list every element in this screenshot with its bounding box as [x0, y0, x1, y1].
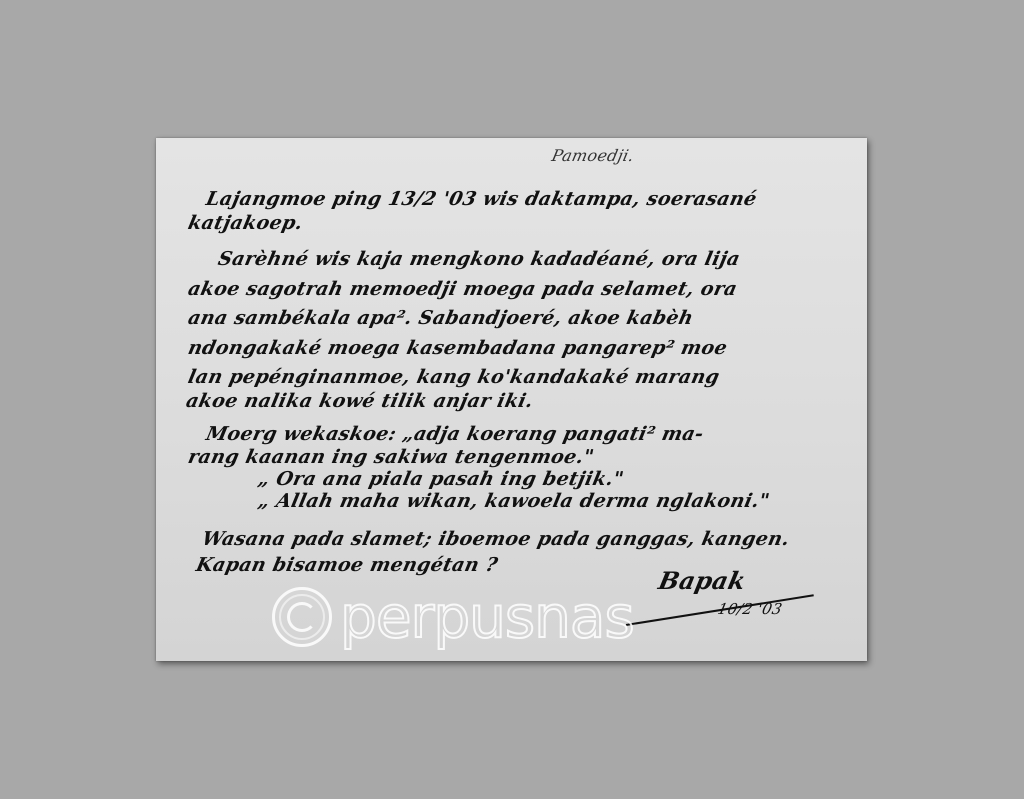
- letter-line: katjakoep.: [186, 212, 305, 234]
- letter-line: Lajangmoe ping 13/2 '03 wis daktampa, so…: [204, 188, 759, 210]
- letter-line: akoe sagotrah memoedji moega pada selame…: [186, 278, 739, 300]
- letter-line: „ Ora ana piala pasah ing betjik.": [256, 468, 626, 490]
- letter-line: akoe nalika kowé tilik anjar iki.: [184, 390, 535, 412]
- letter-line: ndongakaké moega kasembadana pangarep² m…: [186, 337, 729, 359]
- letter-line: Sarèhné wis kaja mengkono kadadéané, ora…: [216, 248, 742, 270]
- letter-line: Kapan bisamoe mengétan ?: [194, 554, 500, 576]
- letter-line: „ Allah maha wikan, kawoela derma nglako…: [256, 490, 772, 512]
- letter-line: Moerg wekaskoe: „adja koerang pangati² m…: [204, 423, 706, 445]
- signature: Bapak: [656, 566, 748, 595]
- letter-line: rang kaanan ing sakiwa tengenmoe.": [186, 446, 596, 468]
- letter-line: ana sambékala apa². Sabandjoeré, akoe ka…: [186, 307, 695, 329]
- signature-date: 10/2 '03: [716, 600, 784, 618]
- letter-line: Wasana pada slamet; iboemoe pada ganggas…: [200, 528, 792, 550]
- letter-heading: Pamoedji.: [550, 146, 636, 165]
- letter-line: lan pepénginanmoe, kang ko'kandakaké mar…: [186, 366, 722, 388]
- letter-paper: Pamoedji. Lajangmoe ping 13/2 '03 wis da…: [156, 138, 867, 661]
